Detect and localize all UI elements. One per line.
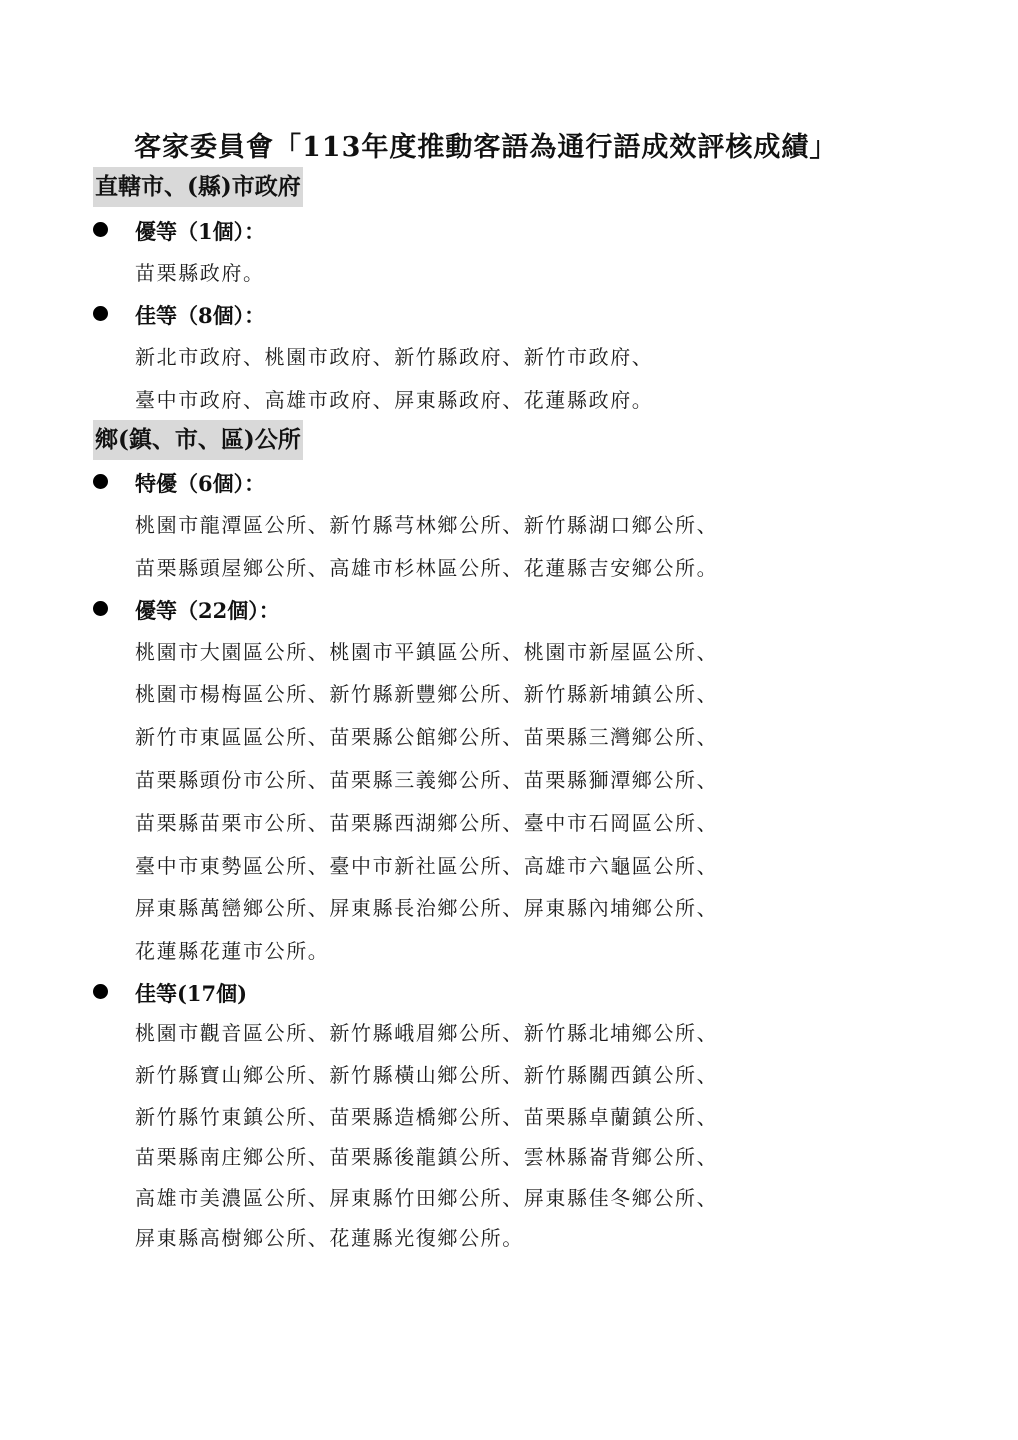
grade-label: 優等（22個）： [135, 594, 280, 628]
document-title: 客家委員會「113年度推動客語為通行語成效評核成績」 [134, 130, 837, 166]
bullet-icon [93, 222, 108, 237]
grade-label: 優等（1個）： [135, 215, 265, 249]
entry-line: 苗栗縣苗栗市公所、苗栗縣西湖鄉公所、臺中市石岡區公所、 [135, 806, 718, 840]
grade-label: 佳等(17個) [135, 977, 247, 1011]
entry-line: 新竹縣竹東鎮公所、苗栗縣造橋鄉公所、苗栗縣卓蘭鎮公所、 [135, 1100, 718, 1134]
entry-line: 桃園市龍潭區公所、新竹縣芎林鄉公所、新竹縣湖口鄉公所、 [135, 508, 718, 542]
section-heading-city-county-government: 直轄市、(縣)市政府 [93, 167, 303, 207]
entry-line: 新竹市東區區公所、苗栗縣公館鄉公所、苗栗縣三灣鄉公所、 [135, 720, 718, 754]
bullet-icon [93, 984, 108, 999]
entry-line: 桃園市大園區公所、桃園市平鎮區公所、桃園市新屋區公所、 [135, 635, 718, 669]
grade-group-excellent: 優等（22個）： [93, 592, 280, 626]
entry-line: 新北市政府、桃園市政府、新竹縣政府、新竹市政府、 [135, 340, 653, 374]
entry-line: 臺中市政府、高雄市政府、屏東縣政府、花蓮縣政府。 [135, 383, 653, 417]
grade-label: 佳等（8個）： [135, 299, 265, 333]
entry-line: 苗栗縣頭份市公所、苗栗縣三義鄉公所、苗栗縣獅潭鄉公所、 [135, 763, 718, 797]
document-page: 客家委員會「113年度推動客語為通行語成效評核成績」 直轄市、(縣)市政府 優等… [0, 0, 1018, 1440]
bullet-icon [93, 601, 108, 616]
grade-group-outstanding: 特優（6個）： [93, 465, 265, 499]
section-heading-township-office: 鄉(鎮、市、區)公所 [93, 420, 303, 460]
entry-line: 苗栗縣政府。 [135, 256, 265, 290]
entry-line: 屏東縣萬巒鄉公所、屏東縣長治鄉公所、屏東縣內埔鄉公所、 [135, 891, 718, 925]
entry-line: 桃園市楊梅區公所、新竹縣新豐鄉公所、新竹縣新埔鎮公所、 [135, 677, 718, 711]
bullet-icon [93, 306, 108, 321]
grade-label: 特優（6個）： [135, 467, 265, 501]
entry-line: 高雄市美濃區公所、屏東縣竹田鄉公所、屏東縣佳冬鄉公所、 [135, 1181, 718, 1215]
entry-line: 新竹縣寶山鄉公所、新竹縣橫山鄉公所、新竹縣關西鎮公所、 [135, 1058, 718, 1092]
entry-line: 苗栗縣頭屋鄉公所、高雄市杉林區公所、花蓮縣吉安鄉公所。 [135, 551, 718, 585]
entry-line: 苗栗縣南庄鄉公所、苗栗縣後龍鎮公所、雲林縣崙背鄉公所、 [135, 1140, 718, 1174]
entry-line: 屏東縣高樹鄉公所、花蓮縣光復鄉公所。 [135, 1221, 524, 1255]
entry-line: 臺中市東勢區公所、臺中市新社區公所、高雄市六龜區公所、 [135, 849, 718, 883]
bullet-icon [93, 474, 108, 489]
grade-group-excellent: 優等（1個）： [93, 213, 265, 247]
entry-line: 桃園市觀音區公所、新竹縣峨眉鄉公所、新竹縣北埔鄉公所、 [135, 1016, 718, 1050]
grade-group-good: 佳等(17個) [93, 975, 247, 1009]
grade-group-good: 佳等（8個）： [93, 297, 265, 331]
entry-line: 花蓮縣花蓮市公所。 [135, 934, 329, 968]
